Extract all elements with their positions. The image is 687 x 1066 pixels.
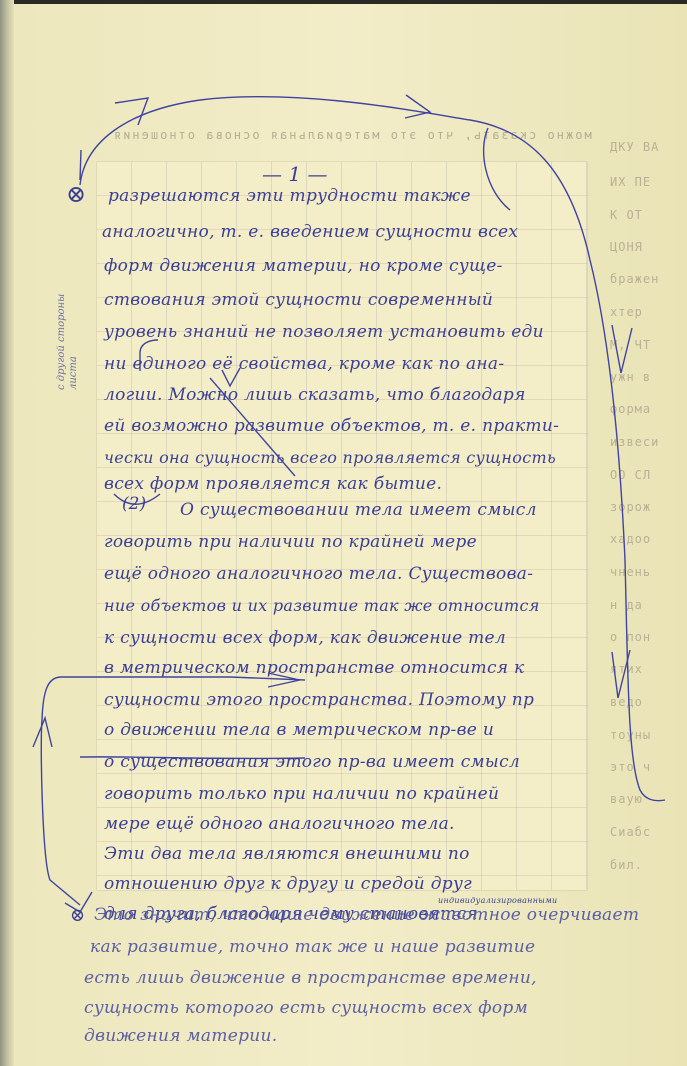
text-line: ствования этой сущности современный	[104, 290, 493, 310]
typed-margin-line: форма	[610, 402, 660, 416]
text-line: отношению друг к другу и средой друг	[104, 874, 472, 894]
text-line: Эти два тела являются внешними по	[104, 844, 470, 864]
typed-margin-line: извеси	[610, 435, 660, 449]
typed-margin-line: хтер	[610, 305, 660, 319]
typed-margin-line: ЦОНЯ	[610, 240, 660, 254]
insert-marker-top-icon: ⊗	[66, 180, 86, 208]
text-line: говорить при наличии по крайней мере	[104, 532, 477, 552]
typed-margin-line: чнень	[610, 565, 660, 579]
margin-note-line: листа	[68, 294, 80, 390]
text-line: всех форм проявляется как бытие.	[104, 474, 442, 494]
footnote-line: как развитие, точно так же и наше развит…	[90, 937, 535, 957]
typed-margin-line: это ч	[610, 760, 660, 774]
book-binding	[0, 0, 14, 1066]
text-line: ещё одного аналогичного тела. Существова…	[104, 564, 533, 584]
text-line: мере ещё одного аналогичного тела.	[104, 814, 455, 834]
text-line: О существовании тела имеет смысл	[180, 500, 537, 520]
paragraph-marker-2: (2)	[122, 494, 146, 514]
text-line: ние объектов и их развитие так же относи…	[104, 596, 540, 615]
text-line: разрешаются эти трудности также	[108, 186, 471, 206]
typed-margin-line: н да	[610, 598, 660, 612]
typed-margin-line: ДКУ ВА	[610, 140, 660, 154]
text-line: сущности этого пространства. Поэтому пр	[104, 690, 534, 710]
typed-margin-line: ятих	[610, 662, 660, 676]
typed-margin-line: тоуны	[610, 728, 660, 742]
typed-margin-line: ужн в	[610, 370, 660, 384]
text-line: форм движения материи, но кроме суще-	[104, 256, 503, 276]
insert-marker-bottom-icon: ⊗	[70, 905, 85, 926]
text-line: уровень знаний не позволяет установить е…	[104, 322, 544, 342]
margin-note: с другой стороны листа	[56, 294, 80, 390]
text-line: о движении тела в метрическом пр-ве и	[104, 720, 494, 740]
footnote-line: Это значит, что наше движение животное о…	[94, 905, 639, 925]
text-line: к сущности всех форм, как движение тел	[104, 628, 506, 648]
typed-margin-line: Сиабс	[610, 825, 660, 839]
page-number: — 1 —	[262, 162, 327, 186]
typed-margin-line: М, ЧТ	[610, 338, 660, 352]
text-line: говорить только при наличии по крайней	[104, 784, 499, 804]
footnote-line: движения материи.	[84, 1026, 278, 1046]
text-line: ни единого её свойства, кроме как по ана…	[104, 354, 504, 374]
text-line-with-strikethrough: чески она сущность всего проявляется сущ…	[104, 448, 556, 467]
typed-margin-line: ведо	[610, 695, 660, 709]
text-line: о существования этого пр-ва имеет смысл	[104, 752, 520, 772]
typed-margin-line: бил.	[610, 858, 660, 872]
typed-margin-line: ИХ ПЕ	[610, 175, 660, 189]
superscript-insert: индивидуализированными	[438, 896, 558, 905]
typed-line: можно сказать, что это материальная осно…	[112, 128, 592, 142]
text-line: в метрическом пространстве относится к	[104, 658, 524, 678]
typed-margin-line: бражени	[610, 272, 660, 286]
typed-margin-line: ваую	[610, 792, 660, 806]
text-line: ей возможно развитие объектов, т. е. пра…	[104, 416, 559, 436]
margin-note-line: с другой стороны	[56, 294, 68, 390]
footnote-line: есть лишь движение в пространстве времен…	[84, 968, 537, 988]
typed-margin-line: хадоо	[610, 532, 660, 546]
typed-margin-line: о пон	[610, 630, 660, 644]
text-line: логии. Можно лишь сказать, что благодаря	[104, 385, 526, 405]
typed-margin-line: К ОТ	[610, 208, 660, 222]
typed-margin-line: зорож	[610, 500, 660, 514]
footnote-line: сущность которого есть сущность всех фор…	[84, 998, 528, 1018]
typed-margin-line: ОО СЛ	[610, 468, 660, 482]
text-line: аналогично, т. е. введением сущности все…	[102, 222, 518, 242]
